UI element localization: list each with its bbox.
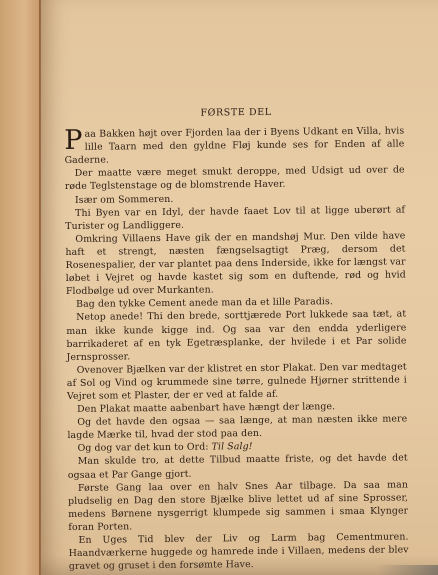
page-corner-shadow (378, 565, 438, 575)
drop-cap: P (64, 130, 83, 152)
paragraph: Man skulde tro, at dette Tilbud maatte f… (68, 452, 408, 482)
til-salg-emphasis: Til Salg! (212, 441, 253, 452)
chapter-heading: FØRSTE DEL (64, 104, 404, 121)
paragraph: Netop anede! Thi den brede, sorttjærede … (66, 308, 407, 364)
paragraph: Ovenover Bjælken var der klistret en sto… (67, 360, 407, 403)
book-page: FØRSTE DEL Paa Bakken højt over Fjorden … (41, 0, 438, 575)
paragraph: Omkring Villaens Have gik der en mandshø… (65, 229, 406, 298)
left-page-edge (0, 0, 40, 575)
opening-paragraph: Paa Bakken højt over Fjorden laa der i B… (64, 125, 404, 168)
paragraph: Thi Byen var en Idyl, der havde faaet Lo… (65, 203, 405, 233)
opening-text: aa Bakken højt over Fjorden laa der i By… (64, 126, 404, 167)
paragraph: Der maatte være meget smukt deroppe, med… (65, 164, 405, 194)
paragraph: Første Gang laa over en halv Snes Aar ti… (68, 478, 409, 534)
book-photo: FØRSTE DEL Paa Bakken højt over Fjorden … (0, 0, 438, 575)
paragraph: Og det havde den ogsaa — saa længe, at m… (67, 413, 407, 443)
page-text: FØRSTE DEL Paa Bakken højt over Fjorden … (64, 104, 409, 573)
plakat-prefix: Og dog var det kun to Ord: (78, 442, 212, 454)
